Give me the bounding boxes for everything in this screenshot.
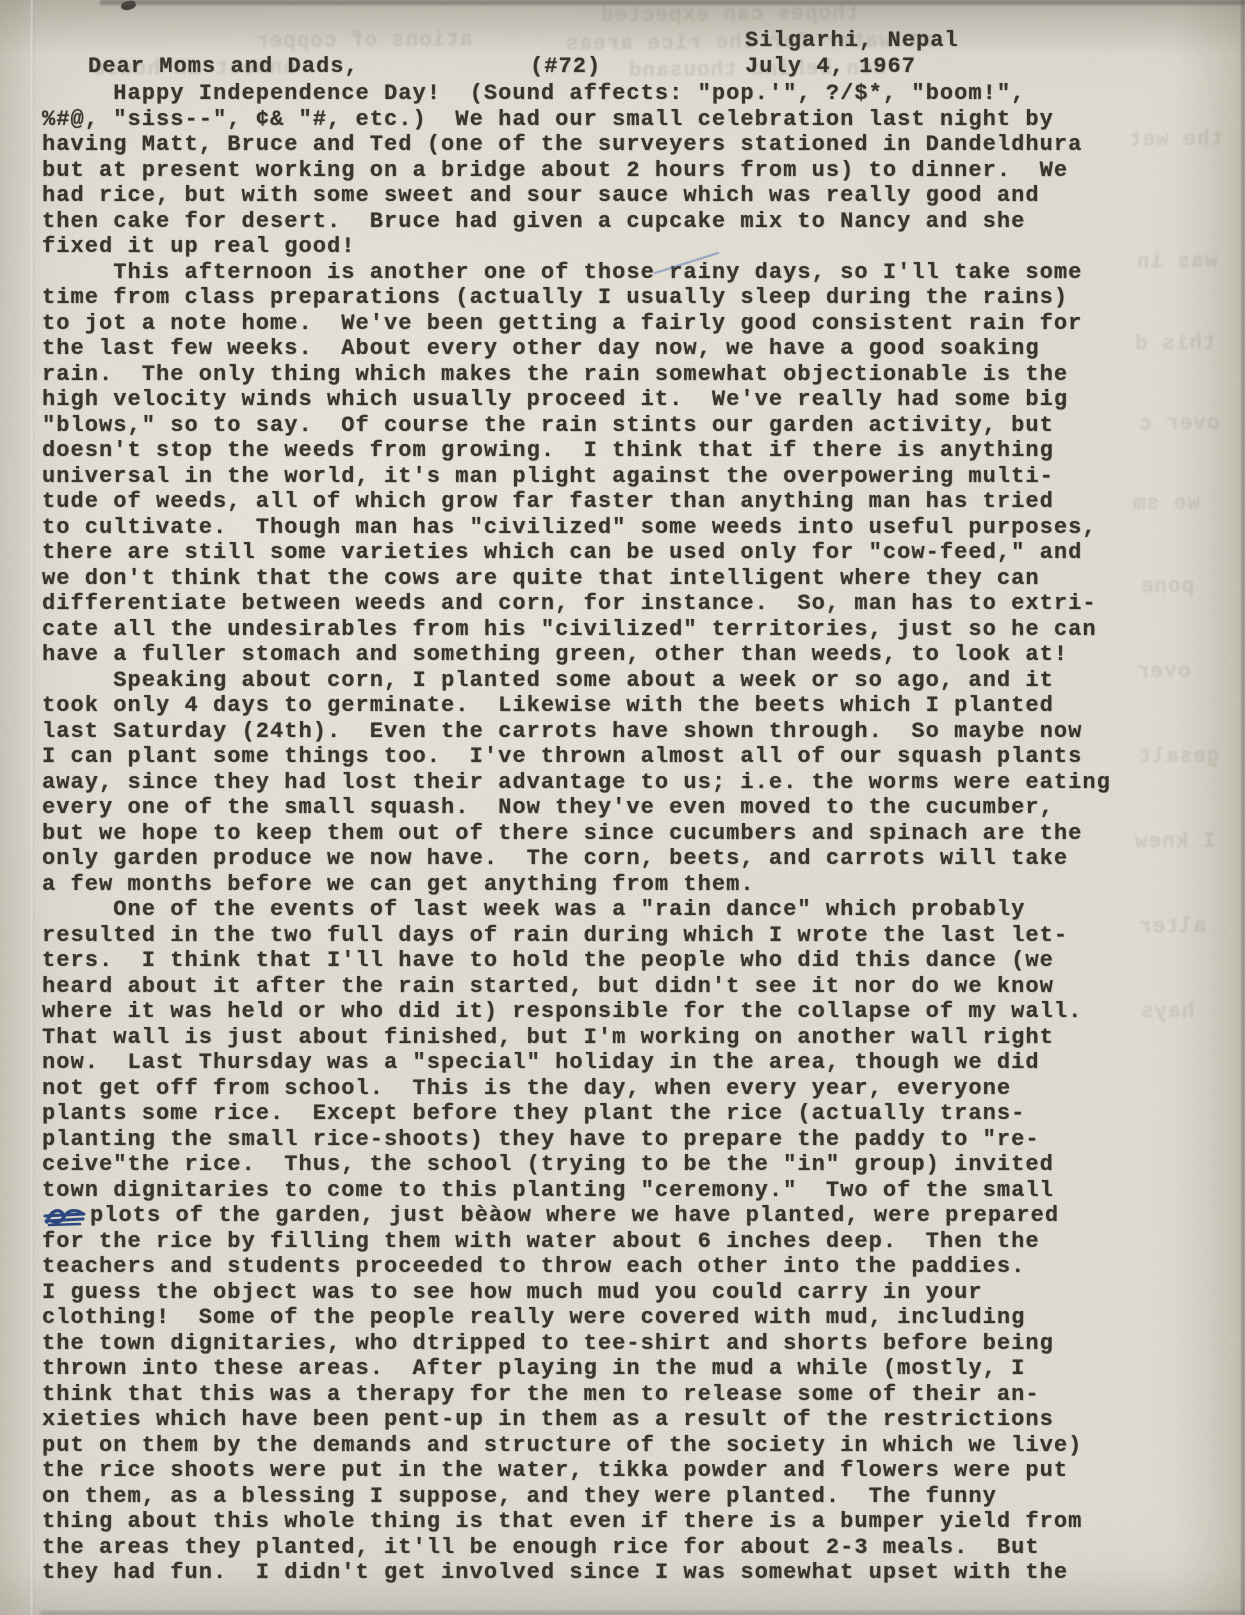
bleedthrough-fragment: ations of copper: [255, 28, 473, 55]
paragraph-4-part-1: One of the events of last week was a "ra…: [42, 897, 1207, 1203]
paragraph-2: This afternoon is another one of those r…: [42, 260, 1207, 668]
letter-number: (#72): [530, 54, 601, 80]
scan-edge-bottom: [40, 1611, 1245, 1615]
scan-edge-right: [1241, 0, 1245, 1615]
paragraph-3: Speaking about corn, I planted some abou…: [42, 668, 1207, 898]
ink-speck: [120, 0, 136, 11]
salutation: Dear Moms and Dads,: [88, 54, 359, 80]
letter-body: Happy Independence Day! (Sound affects: …: [42, 81, 1207, 1586]
paragraph-4-part-2: for the rice by filling them with water …: [42, 1229, 1207, 1586]
paper-crease: [31, 0, 34, 1615]
paragraph-1: Happy Independence Day! (Sound affects: …: [42, 81, 1207, 260]
bleedthrough-fragment: thopes can expected: [600, 2, 859, 30]
blue-ink-scribble-icon: [42, 1204, 88, 1230]
scribble-line-text: plots of the garden, just bèàow where we…: [42, 1203, 1207, 1229]
scanned-letter-page: { "letter": { "place": "Silgarhi, Nepal"…: [0, 0, 1245, 1615]
letter-paper: thopes can expectedations of coppernt wa…: [0, 0, 1245, 1615]
line-with-ink-scribble: plots of the garden, just bèàow where we…: [42, 1203, 1207, 1229]
place-line: Silgarhi, Nepal: [745, 28, 959, 54]
blue-pen-stray-mark: [652, 248, 724, 278]
date-line: July 4, 1967: [745, 54, 916, 80]
